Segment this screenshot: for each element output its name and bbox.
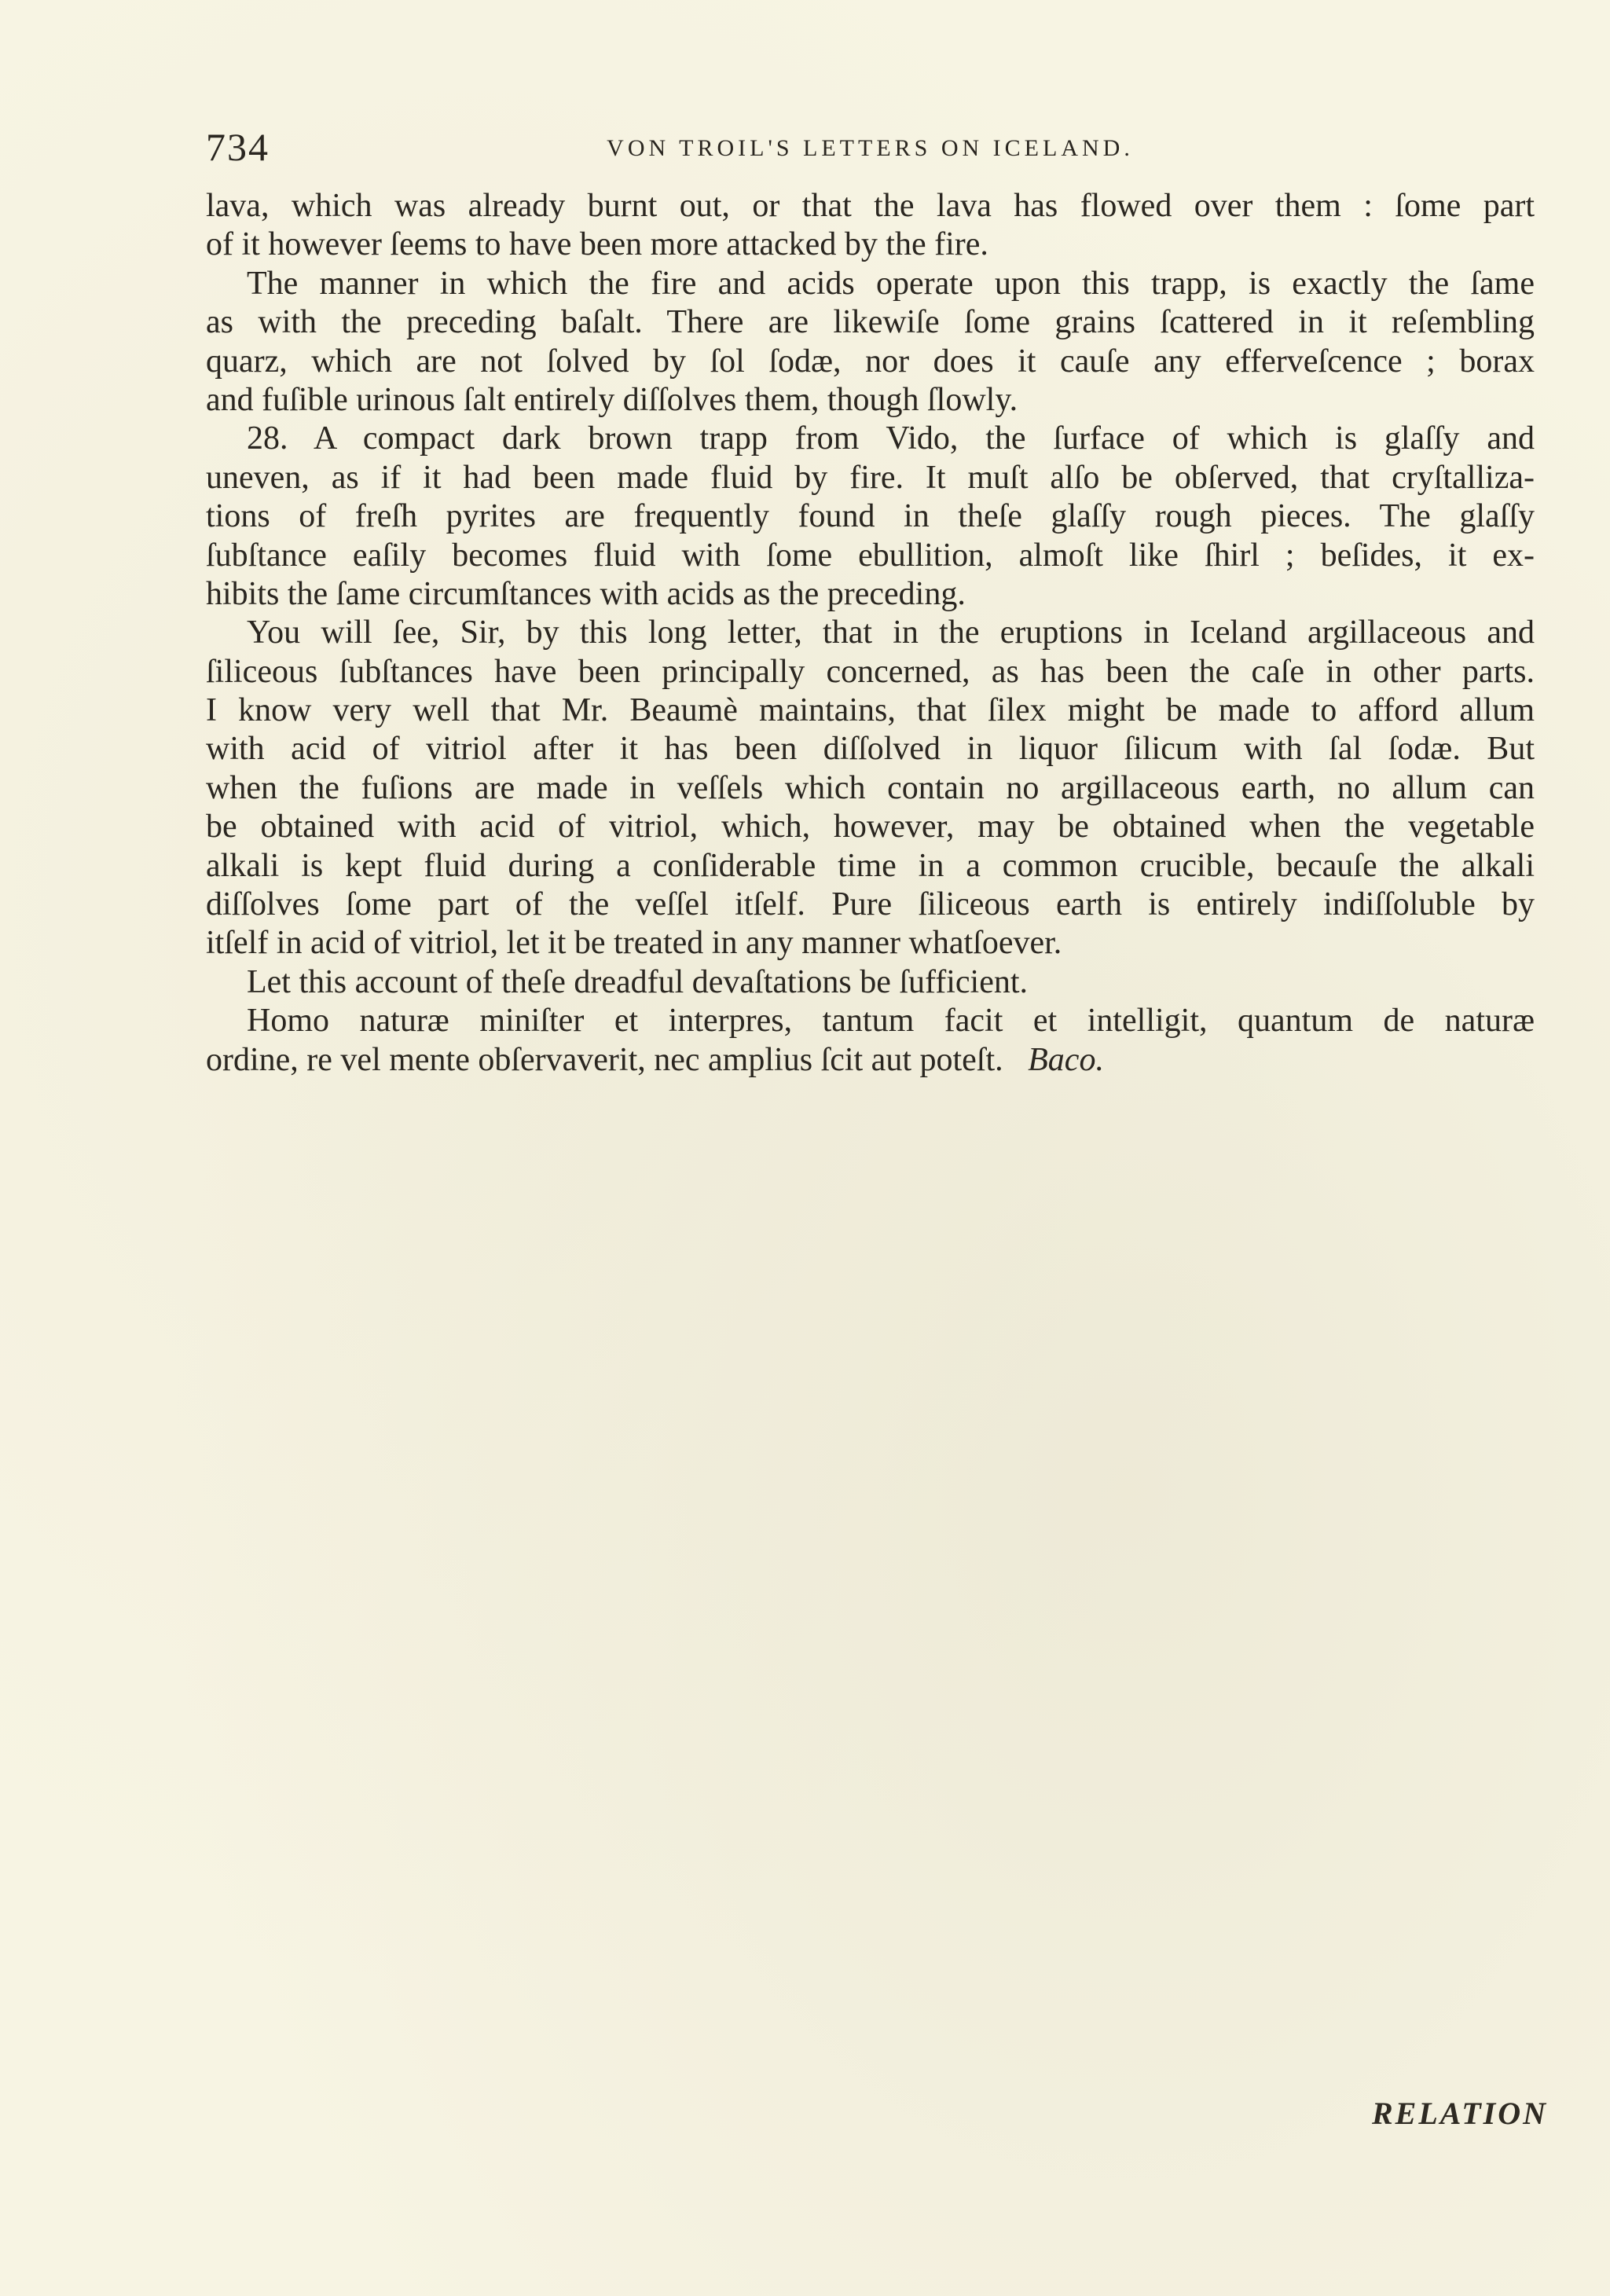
text-line-3: The manner in which the fire and acids o… xyxy=(206,265,1535,303)
text-line-9: tions of freſh pyrites are frequently fo… xyxy=(206,497,1535,536)
text-line-20: itſelf in acid of vitriol, let it be tre… xyxy=(206,924,1535,963)
line-text: 28. A compact dark brown trapp from Vido… xyxy=(247,420,1535,457)
text-line-2: of it however ſeems to have been more at… xyxy=(206,226,1535,264)
body-text: lava, which was already burnt out, or th… xyxy=(206,187,1535,1080)
text-line-23: ordine, re vel mente obſervaverit, nec a… xyxy=(206,1041,1535,1080)
text-line-4: as with the preceding baſalt. There are … xyxy=(206,303,1535,342)
text-line-14: I know very well that Mr. Beaumè maintai… xyxy=(206,691,1535,730)
line-text: uneven, as if it had been made fluid by … xyxy=(206,460,1535,496)
line-text: and fuſible urinous ſalt entirely diſſol… xyxy=(206,382,1018,418)
line-text: I know very well that Mr. Beaumè maintai… xyxy=(206,692,1535,728)
line-text: Homo naturæ miniſter et interpres, tantu… xyxy=(247,1003,1535,1039)
text-line-8: uneven, as if it had been made fluid by … xyxy=(206,459,1535,497)
line-text: of it however ſeems to have been more at… xyxy=(206,226,988,262)
text-line-19: diſſolves ſome part of the veſſel itſelf… xyxy=(206,886,1535,924)
attribution: Baco. xyxy=(1028,1042,1104,1078)
line-text: ſiliceous ſubſtances have been principal… xyxy=(206,654,1535,690)
text-line-10: ſubſtance eaſily becomes fluid with ſome… xyxy=(206,537,1535,575)
line-text: diſſolves ſome part of the veſſel itſelf… xyxy=(206,886,1535,922)
text-line-13: ſiliceous ſubſtances have been principal… xyxy=(206,653,1535,691)
text-line-1: lava, which was already burnt out, or th… xyxy=(206,187,1535,226)
line-text: with acid of vitriol after it has been d… xyxy=(206,731,1535,767)
catchword: RELATION xyxy=(1372,2096,1548,2131)
running-head: VON TROIL'S LETTERS ON ICELAND. xyxy=(206,135,1535,162)
line-text: be obtained with acid of vitriol, which,… xyxy=(206,809,1535,845)
line-text: lava, which was already burnt out, or th… xyxy=(206,188,1535,224)
text-line-5: quarz, which are not ſolved by ſol ſodæ,… xyxy=(206,343,1535,381)
text-line-21: Let this account of theſe dreadful devaſ… xyxy=(206,963,1535,1002)
line-text: The manner in which the fire and acids o… xyxy=(247,266,1535,302)
line-text: as with the preceding baſalt. There are … xyxy=(206,304,1535,340)
line-text: ordine, re vel mente obſervaverit, nec a… xyxy=(206,1042,1003,1078)
line-text: Let this account of theſe dreadful devaſ… xyxy=(247,964,1028,1000)
text-line-6: and fuſible urinous ſalt entirely diſſol… xyxy=(206,381,1535,420)
book-page: 734 VON TROIL'S LETTERS ON ICELAND. lava… xyxy=(0,0,1610,2296)
text-line-11: hibits the ſame circumſtances with acids… xyxy=(206,575,1535,614)
text-line-7: 28. A compact dark brown trapp from Vido… xyxy=(206,420,1535,458)
text-line-16: when the fuſions are made in veſſels whi… xyxy=(206,769,1535,808)
line-text: ſubſtance eaſily becomes fluid with ſome… xyxy=(206,537,1535,574)
text-line-17: be obtained with acid of vitriol, which,… xyxy=(206,808,1535,846)
text-line-12: You will ſee, Sir, by this long letter, … xyxy=(206,614,1535,652)
line-text: when the fuſions are made in veſſels whi… xyxy=(206,770,1535,806)
text-line-15: with acid of vitriol after it has been d… xyxy=(206,730,1535,768)
line-text: quarz, which are not ſolved by ſol ſodæ,… xyxy=(206,343,1535,380)
text-line-22: Homo naturæ miniſter et interpres, tantu… xyxy=(206,1002,1535,1040)
line-text: itſelf in acid of vitriol, let it be tre… xyxy=(206,925,1062,961)
line-text: alkali is kept fluid during a conſiderab… xyxy=(206,848,1535,884)
line-text: You will ſee, Sir, by this long letter, … xyxy=(247,614,1535,651)
text-line-18: alkali is kept fluid during a conſiderab… xyxy=(206,847,1535,886)
line-text: hibits the ſame circumſtances with acids… xyxy=(206,576,966,612)
line-text: tions of freſh pyrites are frequently fo… xyxy=(206,498,1535,534)
